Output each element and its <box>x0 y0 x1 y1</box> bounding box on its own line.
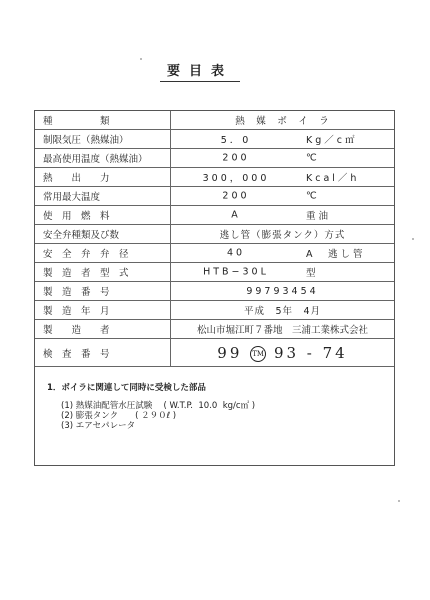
row-label: 種 類 <box>35 111 171 130</box>
table-row: 最高使用温度（熱媒油） 200℃ <box>35 149 394 168</box>
row-label: 使 用 燃 料 <box>35 206 171 225</box>
row-label: 最高使用温度（熱媒油） <box>35 149 171 168</box>
row-unit: Kcal／h <box>306 170 359 184</box>
document-title: 要目表 <box>160 64 240 82</box>
spec-table: 種 類 熱 媒 ボ イ ラ 制限気圧（熱媒油） 5．0Kg／c㎡ 最高使用温度（… <box>35 111 394 367</box>
tm-mark-icon: TM <box>250 346 266 362</box>
row-label: 安全弁種類及び数 <box>35 225 171 244</box>
row-label: 製 造 者 型 式 <box>35 263 171 282</box>
row-value: 200 <box>171 153 301 164</box>
table-row: 製 造 番 号 99793454 <box>35 282 394 301</box>
table-row: 製 造 者 松山市堀江町７番地 三浦工業株式会社 <box>35 320 394 339</box>
table-row: 安全弁種類及び数 逃し管（膨張タンク）方式 <box>35 225 394 244</box>
spec-sheet: 種 類 熱 媒 ボ イ ラ 制限気圧（熱媒油） 5．0Kg／c㎡ 最高使用温度（… <box>34 110 395 466</box>
table-row: 製 造 年 月 平成 5年 4月 <box>35 301 394 320</box>
row-unit: ℃ <box>306 191 320 202</box>
row-label: 常用最大温度 <box>35 187 171 206</box>
row-label: 制限気圧（熱媒油） <box>35 130 171 149</box>
row-value: 5．0 <box>171 132 301 146</box>
row-value: 平成 5年 4月 <box>171 303 394 317</box>
scan-speck <box>398 500 400 502</box>
inspection-value: 93 - 74 <box>274 344 348 362</box>
inspection-number: 99 TM 93 - 74 <box>171 344 394 362</box>
notes-section: 1．ボイラに関連して同時に受検した部品 (1) 熱媒油配管水圧試験 ( W.T.… <box>35 367 394 431</box>
table-row: 常用最大温度 200℃ <box>35 187 394 206</box>
row-label: 検 査 番 号 <box>35 339 171 367</box>
table-row: 熱 出 力 300，000Kcal／h <box>35 168 394 187</box>
table-row: 安 全 弁 弁 径 40A 逃し管 <box>35 244 394 263</box>
row-value: 逃し管（膨張タンク）方式 <box>171 227 394 241</box>
row-value: 松山市堀江町７番地 三浦工業株式会社 <box>171 322 394 336</box>
row-label: 製 造 者 <box>35 320 171 339</box>
row-unit: Kg／c㎡ <box>306 132 357 146</box>
inspection-prefix: 99 <box>217 344 242 362</box>
row-unit: ℃ <box>306 153 320 164</box>
row-value: 熱 媒 ボ イ ラ <box>171 113 394 127</box>
scan-speck <box>412 238 414 240</box>
row-label: 製 造 年 月 <box>35 301 171 320</box>
row-value: 300，000 <box>171 170 301 184</box>
row-value: HTB−30L <box>171 267 301 278</box>
row-unit: A 逃し管 <box>306 246 366 260</box>
table-row: 種 類 熱 媒 ボ イ ラ <box>35 111 394 130</box>
note-item: (2) 膨張タンク ( ２９０ℓ ) <box>47 411 394 421</box>
row-value: 200 <box>171 191 301 202</box>
row-value: 40 <box>171 248 301 259</box>
notes-heading: 1．ボイラに関連して同時に受検した部品 <box>47 383 394 393</box>
row-label: 製 造 番 号 <box>35 282 171 301</box>
row-label: 安 全 弁 弁 径 <box>35 244 171 263</box>
table-row: 製 造 者 型 式 HTB−30L型 <box>35 263 394 282</box>
row-value: A <box>171 210 301 221</box>
row-unit: 型 <box>306 265 319 279</box>
table-row: 使 用 燃 料 A重油 <box>35 206 394 225</box>
table-row: 検 査 番 号 99 TM 93 - 74 <box>35 339 394 367</box>
table-row: 制限気圧（熱媒油） 5．0Kg／c㎡ <box>35 130 394 149</box>
row-value: 99793454 <box>171 286 394 297</box>
scan-speck <box>140 58 142 60</box>
note-item: (1) 熱媒油配管水圧試験 ( W.T.P. 10.0 kg/c㎡ ) <box>47 401 394 411</box>
row-unit: 重油 <box>306 208 331 222</box>
row-label: 熱 出 力 <box>35 168 171 187</box>
note-item: (3) エアセパレータ <box>47 421 394 431</box>
